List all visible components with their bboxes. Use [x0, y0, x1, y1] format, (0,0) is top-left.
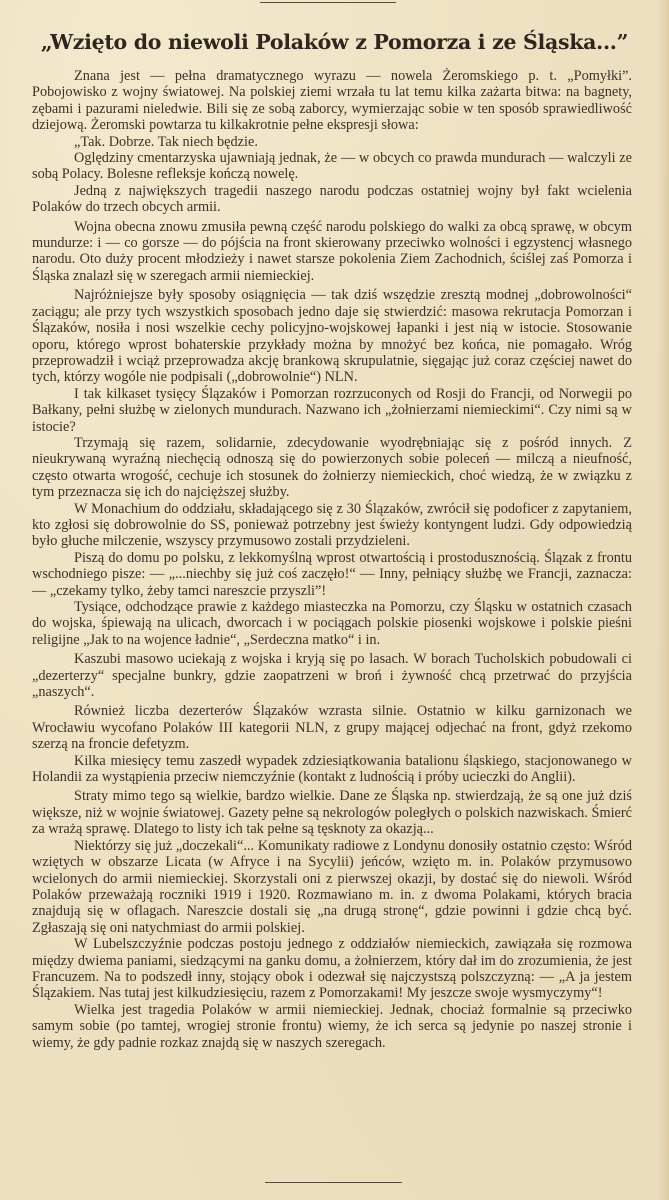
article-body: Znana jest — pełna dramatycznego wyrazu …: [32, 68, 632, 1051]
paragraph-hundreds-thousands: I tak kilkaset tysięcy Ślązaków i Pomorz…: [32, 386, 632, 435]
paragraph-lublin: W Lubelszczyźnie podczas postoju jednego…: [32, 936, 632, 1002]
paragraph-decimation: Kilka miesięcy temu zaszedł wypadek zdzi…: [32, 753, 632, 786]
paragraph-current-war: Wojna obecna znowu zmusiła pewną część n…: [32, 219, 632, 285]
page-edge-shadow: [657, 0, 669, 1200]
paragraph-quote: „Tak. Dobrze. Tak niech będzie.: [32, 134, 632, 150]
paragraph-deserters: Również liczba dezerterów Ślązaków wzras…: [32, 703, 632, 752]
paragraph-songs: Tysiące, odchodzące prawie z każdego mia…: [32, 599, 632, 648]
paragraph-cemetery: Oględziny cmentarzyska ujawniają jednak,…: [32, 150, 632, 183]
paragraph-intro: Znana jest — pełna dramatycznego wyrazu …: [32, 68, 632, 134]
article-title: „Wzięto do niewoli Polaków z Pomorza i z…: [0, 30, 669, 54]
paragraph-letters: Piszą do domu po polsku, z lekkomyślną w…: [32, 550, 632, 599]
paragraph-captivity: Niektórzy się już „doczekali“... Komunik…: [32, 838, 632, 936]
paragraph-losses: Straty mimo tego są wielkie, bardzo wiel…: [32, 788, 632, 837]
paragraph-munich: W Monachium do oddziału, składającego si…: [32, 501, 632, 550]
paragraph-solidarity: Trzymają się razem, solidarnie, zdecydow…: [32, 435, 632, 501]
paragraph-recruitment: Najróżniejsze były sposoby osiągnięcia —…: [32, 287, 632, 385]
paragraph-conclusion: Wielka jest tragedia Polaków w armii nie…: [32, 1002, 632, 1051]
paragraph-tragedy: Jedną z największych tragedii naszego na…: [32, 183, 632, 216]
paragraph-kashubians: Kaszubi masowo uciekają z wojska i kryją…: [32, 651, 632, 700]
top-divider-rule: [260, 2, 396, 3]
bottom-divider-rule: [265, 1182, 402, 1183]
